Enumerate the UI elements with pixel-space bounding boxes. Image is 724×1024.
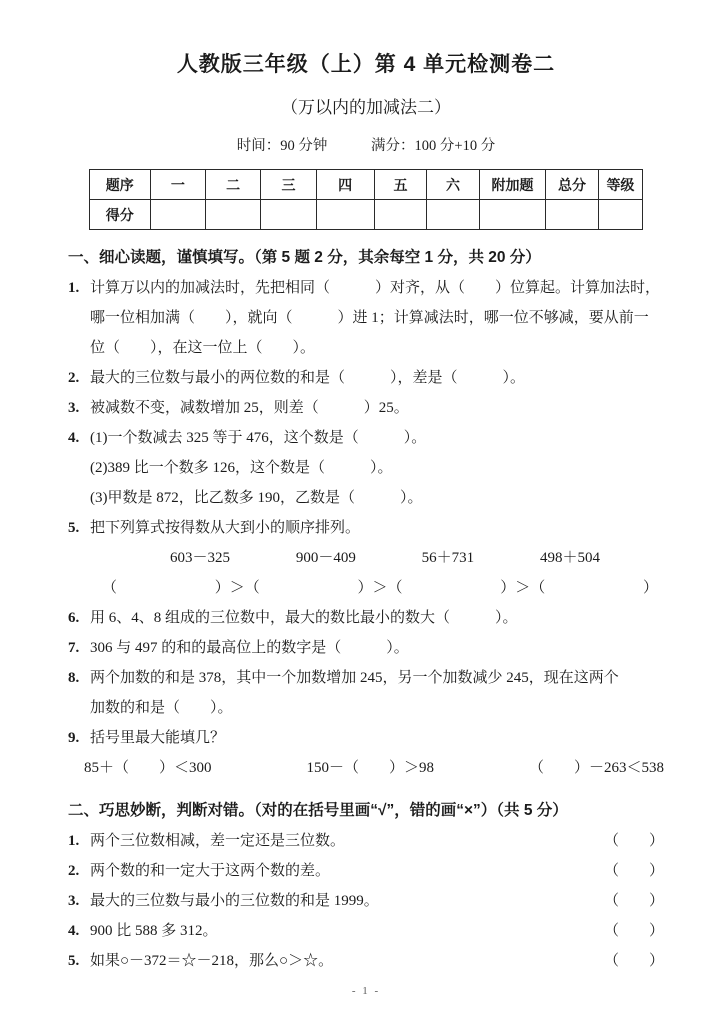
score-table-header-row: 题序 一 二 三 四 五 六 附加题 总分 等级	[89, 170, 642, 200]
judgment-item-1: 1. 两个三位数相减，差一定还是三位数。 （ ）	[68, 826, 664, 856]
answer-bracket: （ ）	[604, 856, 664, 886]
question-number: 8.	[68, 663, 90, 723]
score-table-blank-cell	[206, 200, 261, 230]
score-table-blank-cell	[261, 200, 316, 230]
judgment-item-4: 4. 900 比 588 多 312。 （ ）	[68, 916, 664, 946]
question-number: 6.	[68, 603, 90, 633]
page-subtitle: （万以内的加减法二）	[68, 93, 664, 118]
question-number: 3.	[68, 393, 90, 423]
question-number: 2.	[68, 363, 90, 393]
score-table-blank-cell	[150, 200, 205, 230]
question-body: 计算万以内的加减法时，先把相同（ ）对齐，从（ ）位算起。计算加法时， 哪一位相…	[90, 273, 664, 363]
full-score-label: 满分：100 分+10 分	[371, 138, 495, 154]
question-subline: (1)一个数减去 325 等于 476，这个数是（ ）。	[90, 423, 664, 453]
ordering-blank-part: ）＞（	[215, 573, 260, 603]
ordering-blank-part: ）＞（	[500, 573, 545, 603]
question-line: 括号里最大能填几？	[90, 723, 664, 753]
question-line: 两个加数的和是 378，其中一个加数增加 245，另一个加数减少 245，现在这…	[90, 663, 664, 693]
question-line: 最大的三位数与最小的两位数的和是（ ），差是（ ）。	[90, 363, 664, 393]
question-8: 8. 两个加数的和是 378，其中一个加数增加 245，另一个加数减少 245，…	[68, 663, 664, 723]
ordering-blank-part: ）＞（	[357, 573, 402, 603]
score-table-score-row: 得分	[89, 200, 642, 230]
score-row-label: 得分	[89, 200, 150, 230]
question-number: 5.	[68, 946, 90, 976]
score-table-header-cell: 六	[427, 170, 480, 200]
question-line: 加数的和是（ ）。	[90, 693, 664, 723]
question-subline: (3)甲数是 872，比乙数多 190，乙数是（ ）。	[90, 483, 664, 513]
question-number: 2.	[68, 856, 90, 886]
question-number: 1.	[68, 273, 90, 363]
section-one-heading: 一、细心读题，谨慎填写。（第 5 题 2 分，其余每空 1 分，共 20 分）	[68, 243, 664, 273]
answer-bracket: （ ）	[604, 886, 664, 916]
question-subline: (2)389 比一个数多 126，这个数是（ ）。	[90, 453, 664, 483]
question-number: 3.	[68, 886, 90, 916]
score-table-blank-cell	[598, 200, 642, 230]
question-line: 把下列算式按得数从大到小的顺序排列。	[90, 513, 664, 543]
page-number: - 1 -	[68, 985, 664, 997]
question-number: 5.	[68, 513, 90, 543]
question-line: 306 与 497 的和的最高位上的数字是（ ）。	[90, 633, 664, 663]
question-line: 用 6、4、8 组成的三位数中，最大的数比最小的数大（ ）。	[90, 603, 664, 633]
score-table-header-cell: 题序	[89, 170, 150, 200]
judgment-text: 两个数的和一定大于这两个数的差。	[90, 856, 604, 886]
judgment-item-5: 5. 如果○－372＝☆－218，那么○＞☆。 （ ）	[68, 946, 664, 976]
answer-bracket: （ ）	[604, 946, 664, 976]
question-line: 计算万以内的加减法时，先把相同（ ）对齐，从（ ）位算起。计算加法时，	[90, 273, 664, 303]
score-table-blank-cell	[479, 200, 545, 230]
judgment-text: 如果○－372＝☆－218，那么○＞☆。	[90, 946, 604, 976]
score-table-header-cell: 三	[261, 170, 316, 200]
question-5-expressions: 603－325 900－409 56＋731 498＋504	[170, 543, 600, 573]
score-table-header-cell: 附加题	[479, 170, 545, 200]
question-3: 3. 被减数不变，减数增加 25，则差（ ）25。	[68, 393, 664, 423]
inequality-expression: 85＋（ ）＜300	[84, 753, 212, 783]
question-2: 2. 最大的三位数与最小的两位数的和是（ ），差是（ ）。	[68, 363, 664, 393]
score-table-header-cell: 五	[374, 170, 427, 200]
question-5-ordering-blanks: （ ）＞（ ）＞（ ）＞（ ）	[102, 573, 658, 603]
score-table-blank-cell	[546, 200, 599, 230]
answer-bracket: （ ）	[604, 916, 664, 946]
score-table-header-cell: 等级	[598, 170, 642, 200]
score-table-header-cell: 二	[206, 170, 261, 200]
test-paper-page: 人教版三年级（上）第 4 单元检测卷二 （万以内的加减法二） 时间：90 分钟 …	[0, 0, 724, 997]
question-number: 7.	[68, 633, 90, 663]
score-table-blank-cell	[374, 200, 427, 230]
question-number: 1.	[68, 826, 90, 856]
meta-line: 时间：90 分钟 满分：100 分+10 分	[68, 134, 664, 155]
page-title: 人教版三年级（上）第 4 单元检测卷二	[68, 48, 664, 78]
question-body: (1)一个数减去 325 等于 476，这个数是（ ）。 (2)389 比一个数…	[90, 423, 664, 513]
score-table-blank-cell	[427, 200, 480, 230]
inequality-expression: 150－（ ）＞98	[306, 753, 434, 783]
question-line: 位（ ），在这一位上（ ）。	[90, 333, 664, 363]
question-5: 5. 把下列算式按得数从大到小的顺序排列。	[68, 513, 664, 543]
score-table-blank-cell	[316, 200, 374, 230]
time-limit-label: 时间：90 分钟	[237, 138, 328, 154]
section-two-heading: 二、巧思妙断，判断对错。（对的在括号里画“√”，错的画“×”）（共 5 分）	[68, 796, 664, 826]
question-number: 9.	[68, 723, 90, 753]
judgment-text: 两个三位数相减，差一定还是三位数。	[90, 826, 604, 856]
inequality-expression: （ ）－263＜538	[529, 753, 664, 783]
score-table-header-cell: 总分	[546, 170, 599, 200]
expression: 900－409	[296, 543, 356, 573]
expression: 498＋504	[540, 543, 600, 573]
judgment-item-2: 2. 两个数的和一定大于这两个数的差。 （ ）	[68, 856, 664, 886]
question-body: 两个加数的和是 378，其中一个加数增加 245，另一个加数减少 245，现在这…	[90, 663, 664, 723]
question-6: 6. 用 6、4、8 组成的三位数中，最大的数比最小的数大（ ）。	[68, 603, 664, 633]
question-line: 哪一位相加满（ ），就向（ ）进 1；计算减法时，哪一位不够减，要从前一	[90, 303, 664, 333]
question-9: 9. 括号里最大能填几？	[68, 723, 664, 753]
score-table-header-cell: 一	[150, 170, 205, 200]
question-9-expressions: 85＋（ ）＜300 150－（ ）＞98 （ ）－263＜538	[84, 753, 664, 783]
question-number: 4.	[68, 423, 90, 513]
score-table: 题序 一 二 三 四 五 六 附加题 总分 等级 得分	[89, 169, 643, 230]
judgment-text: 900 比 588 多 312。	[90, 916, 604, 946]
answer-bracket: （ ）	[604, 826, 664, 856]
expression: 56＋731	[422, 543, 475, 573]
question-number: 4.	[68, 916, 90, 946]
expression: 603－325	[170, 543, 230, 573]
score-table-header-cell: 四	[316, 170, 374, 200]
question-1: 1. 计算万以内的加减法时，先把相同（ ）对齐，从（ ）位算起。计算加法时， 哪…	[68, 273, 664, 363]
ordering-blank-part: （	[102, 573, 117, 603]
question-7: 7. 306 与 497 的和的最高位上的数字是（ ）。	[68, 633, 664, 663]
question-line: 被减数不变，减数增加 25，则差（ ）25。	[90, 393, 664, 423]
question-4: 4. (1)一个数减去 325 等于 476，这个数是（ ）。 (2)389 比…	[68, 423, 664, 513]
ordering-blank-part: ）	[643, 573, 658, 603]
judgment-item-3: 3. 最大的三位数与最小的三位数的和是 1999。 （ ）	[68, 886, 664, 916]
judgment-text: 最大的三位数与最小的三位数的和是 1999。	[90, 886, 604, 916]
